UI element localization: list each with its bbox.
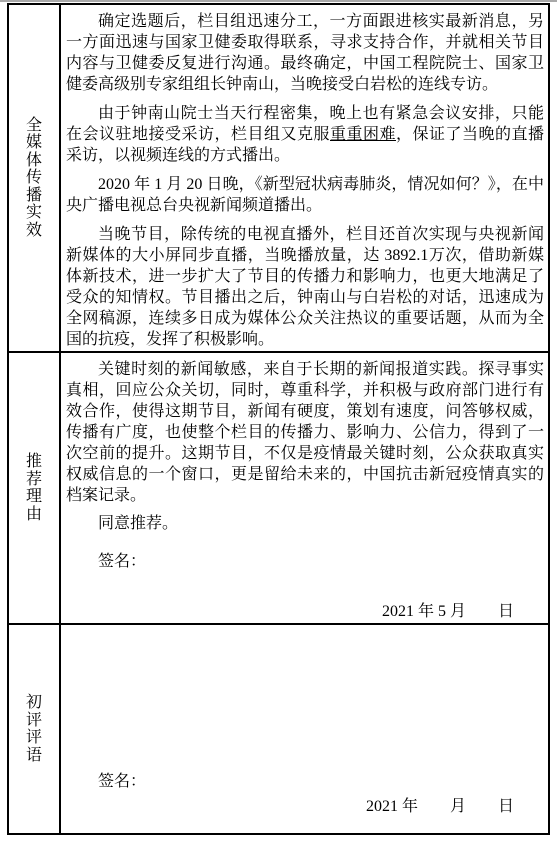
paragraph-topic-division: 确定选题后，栏目组迅速分工，一方面跟进核实最新消息，另一方面迅速与国家卫健委取得… (66, 11, 544, 95)
row-label-cell-media-effect: 全媒体传播实效 (9, 5, 61, 351)
paragraph-interview-arrangement: 由于钟南山院士当天行程密集，晚上也有紧急会议安排，只能在会议驻地接受采访，栏目组… (66, 103, 544, 166)
row-content-media-effect: 确定选题后，栏目组迅速分工，一方面跟进核实最新消息，另一方面迅速与国家卫健委取得… (61, 5, 548, 351)
row-preliminary-review-comment: 初评评语 签名： 2021 年 月 日 (9, 623, 548, 833)
underlined-text: 重重困难 (330, 126, 396, 143)
row-content-recommendation: 关键时刻的新闻敏感，来自于长期的新闻报道实践。探寻事实真相，回应公众关切，同时，… (61, 353, 548, 623)
document-page: 全媒体传播实效 确定选题后，栏目组迅速分工，一方面跟进核实最新消息，另一方面迅速… (0, 0, 557, 841)
row-label-preliminary-review: 初评评语 (26, 694, 43, 764)
paragraph-broadcast-date: 2020 年 1 月 20 日晚，《新型冠状病毒肺炎，情况如何？》，在中央广播电… (66, 174, 544, 216)
row-label-cell-preliminary-review: 初评评语 (9, 625, 61, 833)
date-line-recommendation: 2021 年 5 月 日 (66, 601, 544, 622)
row-label-media-effect: 全媒体传播实效 (26, 117, 43, 240)
signature-label-preliminary-review: 签名： (66, 771, 544, 792)
row-recommendation-reason: 推荐理由 关键时刻的新闻敏感，来自于长期的新闻报道实践。探寻事实真相，回应公众关… (9, 351, 548, 623)
row-label-cell-recommendation: 推荐理由 (9, 353, 61, 623)
agree-statement: 同意推荐。 (66, 513, 544, 534)
recommendation-form-table: 全媒体传播实效 确定选题后，栏目组迅速分工，一方面跟进核实最新消息，另一方面迅速… (7, 3, 550, 835)
paragraph-recommendation-reason: 关键时刻的新闻敏感，来自于长期的新闻报道实践。探寻事实真相，回应公众关切，同时，… (66, 359, 544, 506)
row-label-recommendation: 推荐理由 (26, 453, 43, 523)
page-edge-artifact (0, 0, 557, 2)
signature-label-recommendation: 签名： (66, 551, 544, 572)
row-media-communication-effect: 全媒体传播实效 确定选题后，栏目组迅速分工，一方面跟进核实最新消息，另一方面迅速… (9, 5, 548, 351)
row-content-preliminary-review: 签名： 2021 年 月 日 (61, 625, 548, 833)
date-line-preliminary-review: 2021 年 月 日 (66, 796, 544, 817)
paragraph-new-media-effect: 当晚节目，除传统的电视直播外，栏目还首次实现与央视新闻新媒体的大小屏同步直播，当… (66, 224, 544, 350)
